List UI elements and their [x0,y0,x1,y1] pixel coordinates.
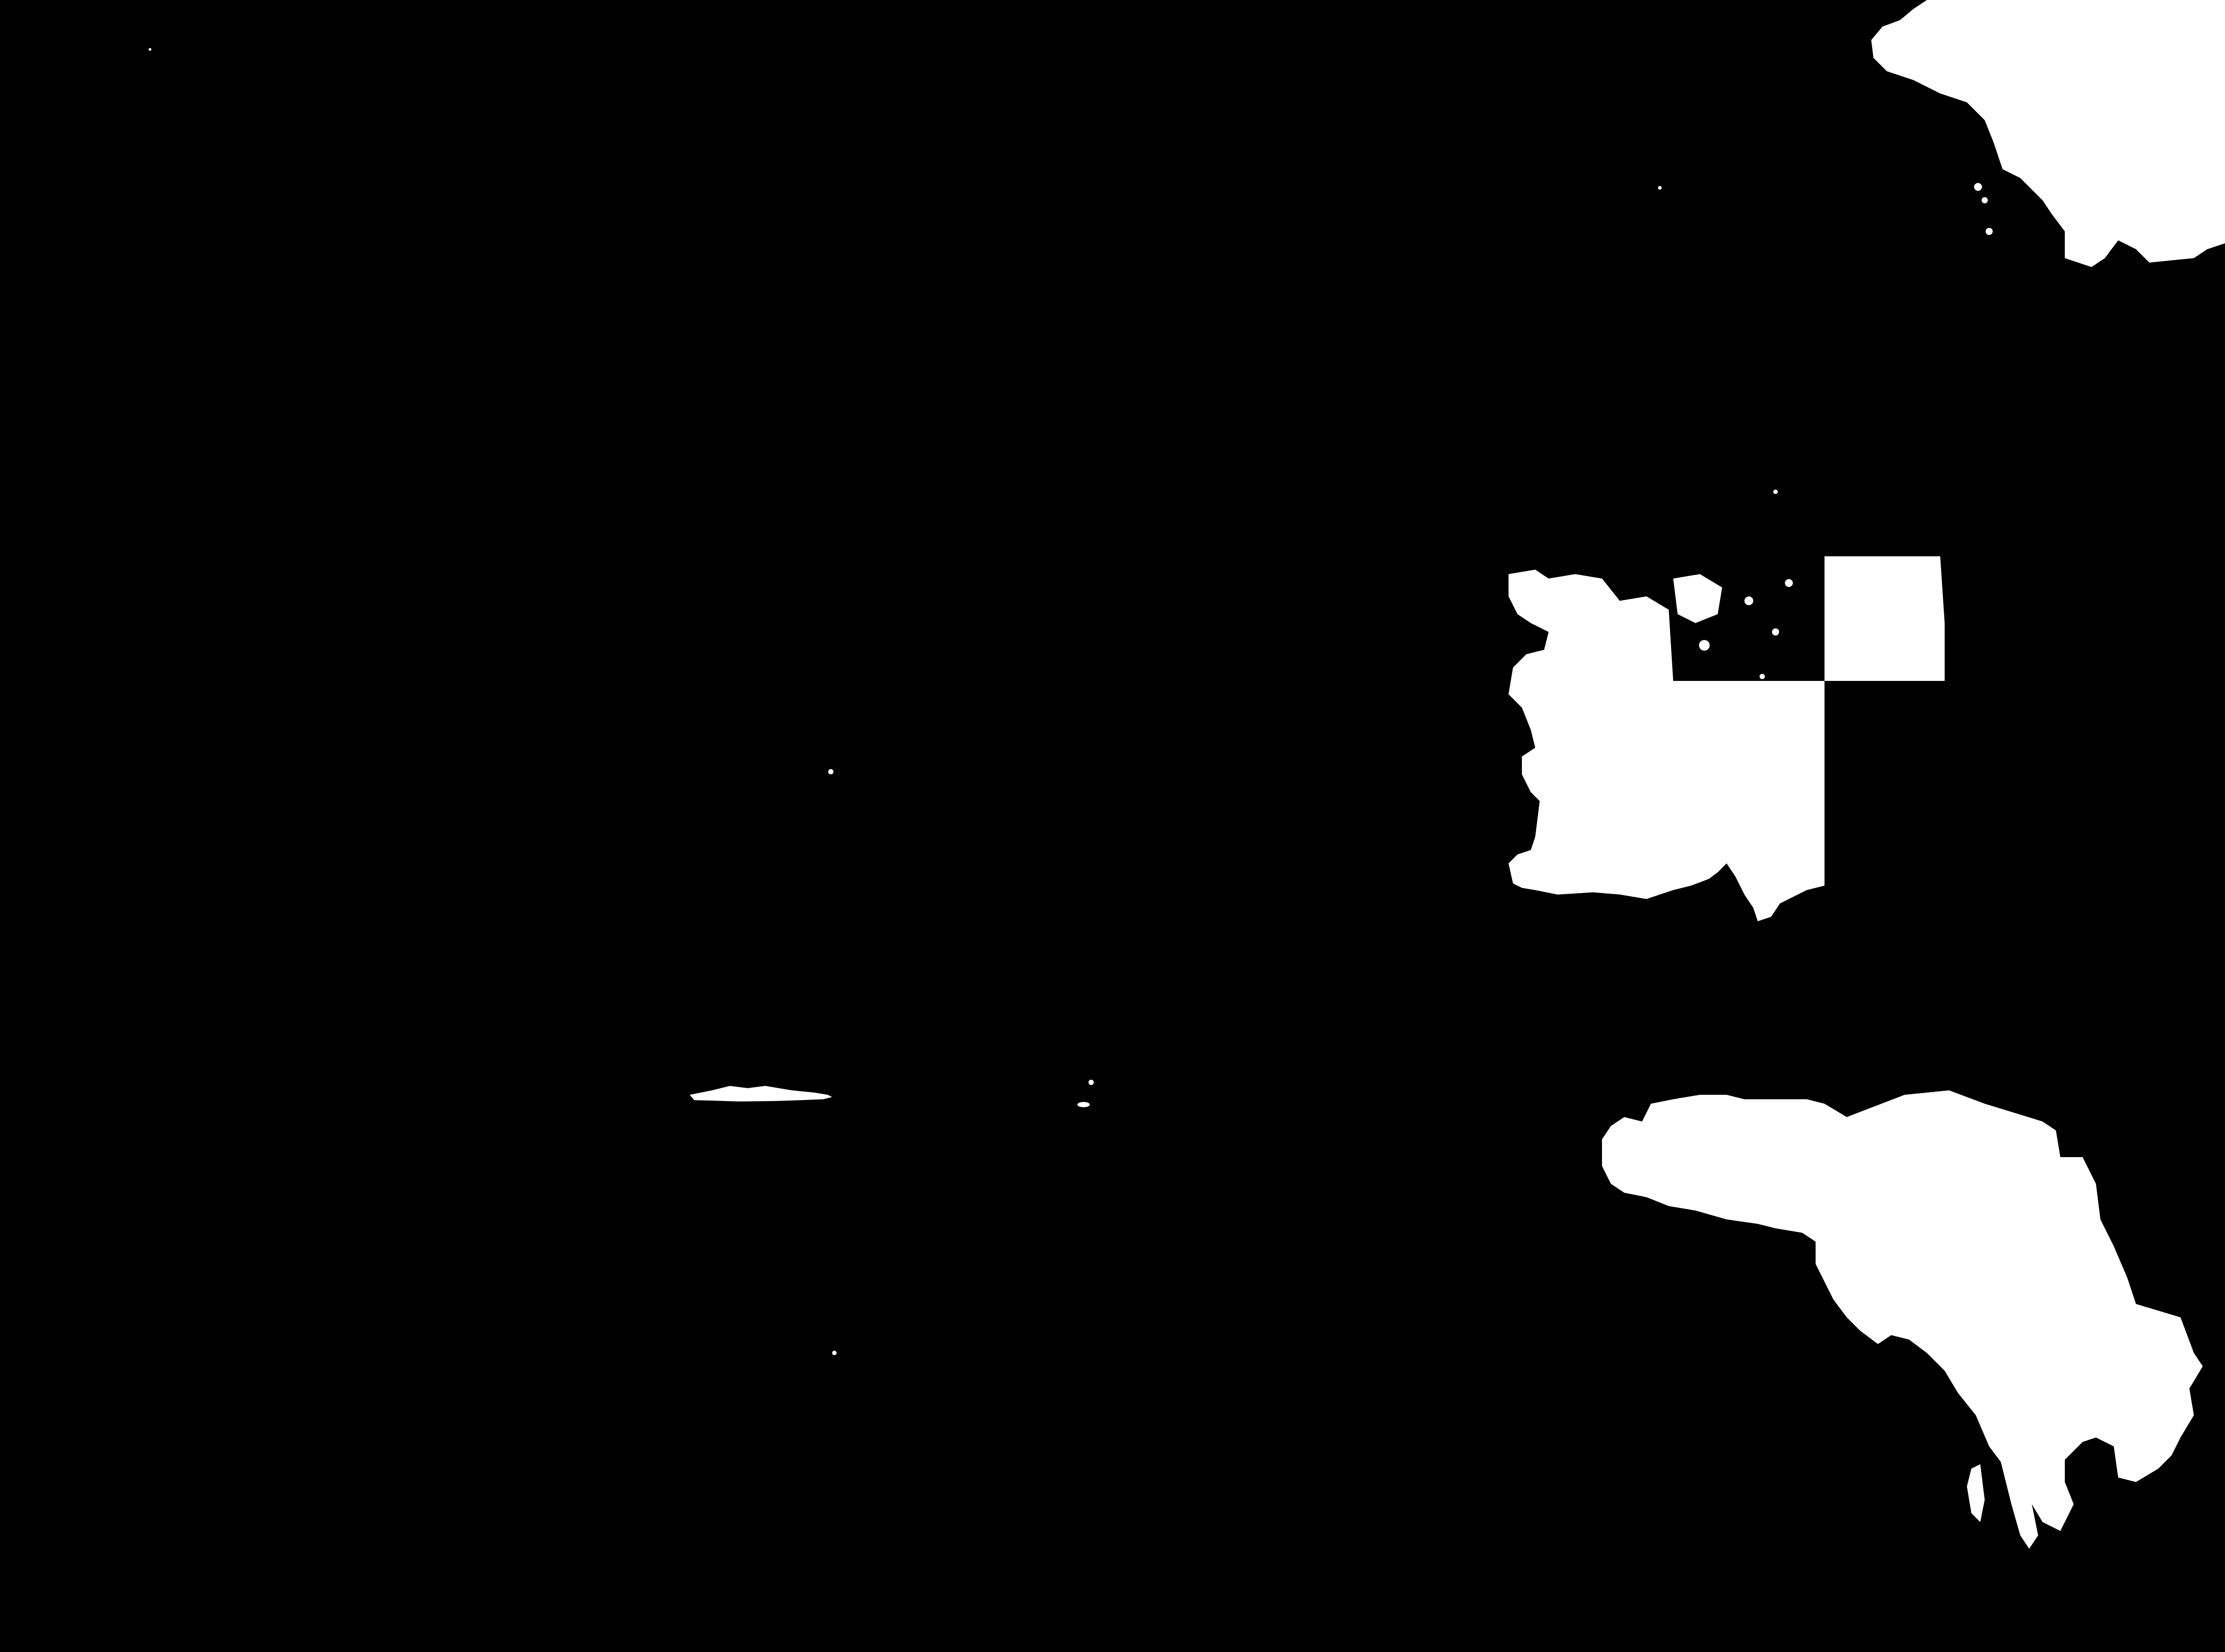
mask-background [0,0,2225,1652]
segmentation-mask [0,0,2225,1652]
